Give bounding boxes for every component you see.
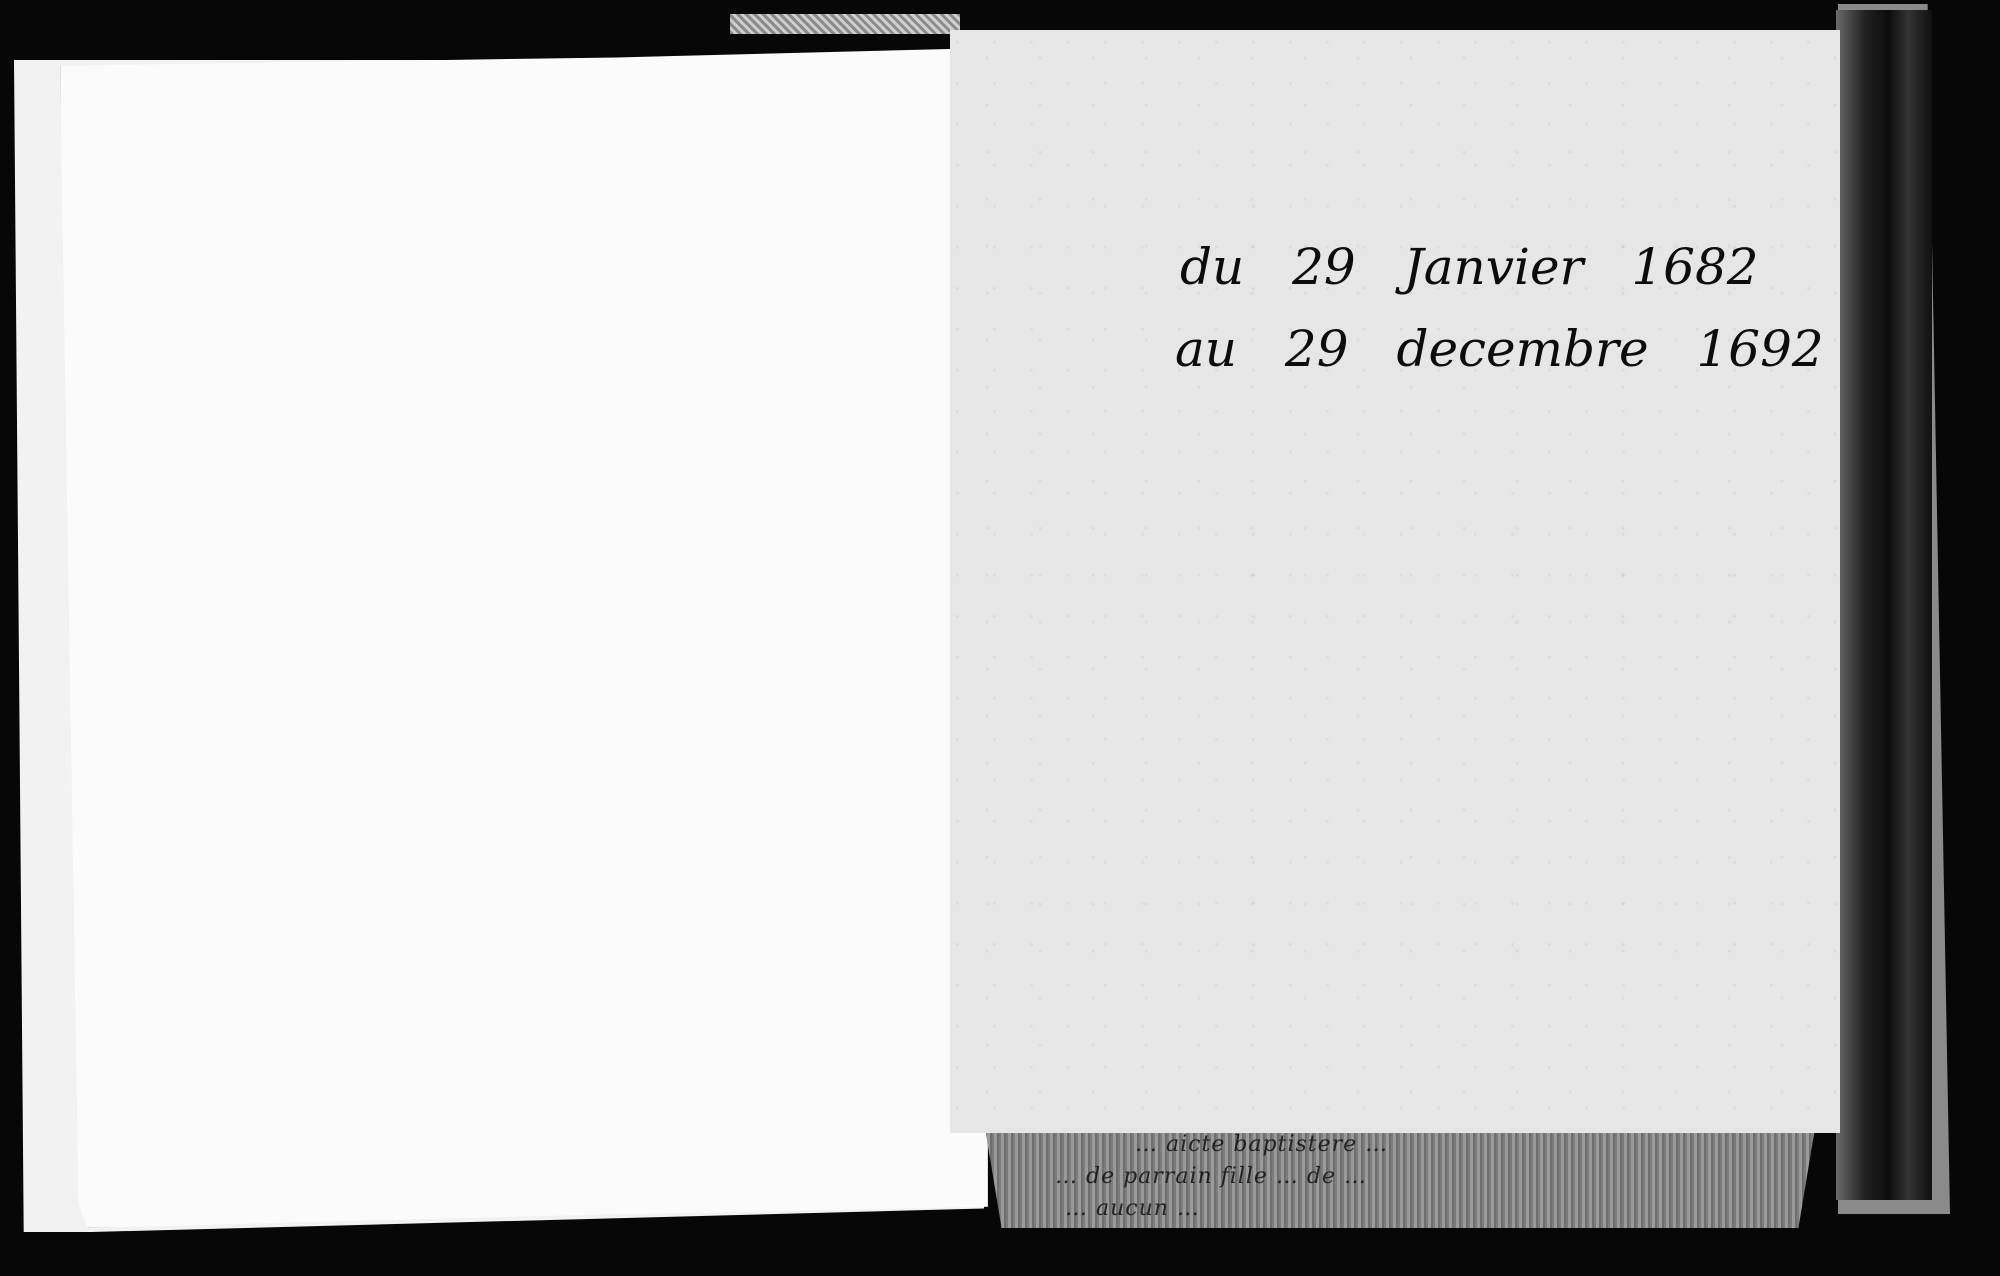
bottom-torn-fragment: … aicte baptistere … … de parrain fille … — [985, 1128, 1815, 1228]
start-day: 29 — [1292, 238, 1356, 296]
left-page-top-strip — [730, 14, 960, 34]
right-title-page: du 29 Janvier 1682 au 29 decembre 1692 — [950, 30, 1840, 1133]
fragment-line-3: … aucun … — [1065, 1196, 1200, 1221]
scan-background: … aicte baptistere … … de parrain fille … — [0, 0, 2000, 1276]
date-range-end: au 29 decembre 1692 — [1175, 320, 1824, 378]
end-year: 1692 — [1696, 320, 1823, 378]
date-range-start: du 29 Janvier 1682 — [1180, 238, 1759, 296]
prefix-au: au — [1175, 320, 1237, 378]
prefix-du: du — [1180, 238, 1244, 296]
end-month: decembre — [1396, 320, 1648, 378]
start-month: Janvier — [1404, 238, 1584, 296]
left-blank-page — [60, 48, 988, 1228]
fragment-line-1: … aicte baptistere … — [1135, 1132, 1388, 1157]
fragment-line-2: … de parrain fille … de … — [1055, 1164, 1367, 1189]
end-day: 29 — [1285, 320, 1349, 378]
book-spine-pages — [1836, 10, 1932, 1200]
start-year: 1682 — [1631, 238, 1758, 296]
